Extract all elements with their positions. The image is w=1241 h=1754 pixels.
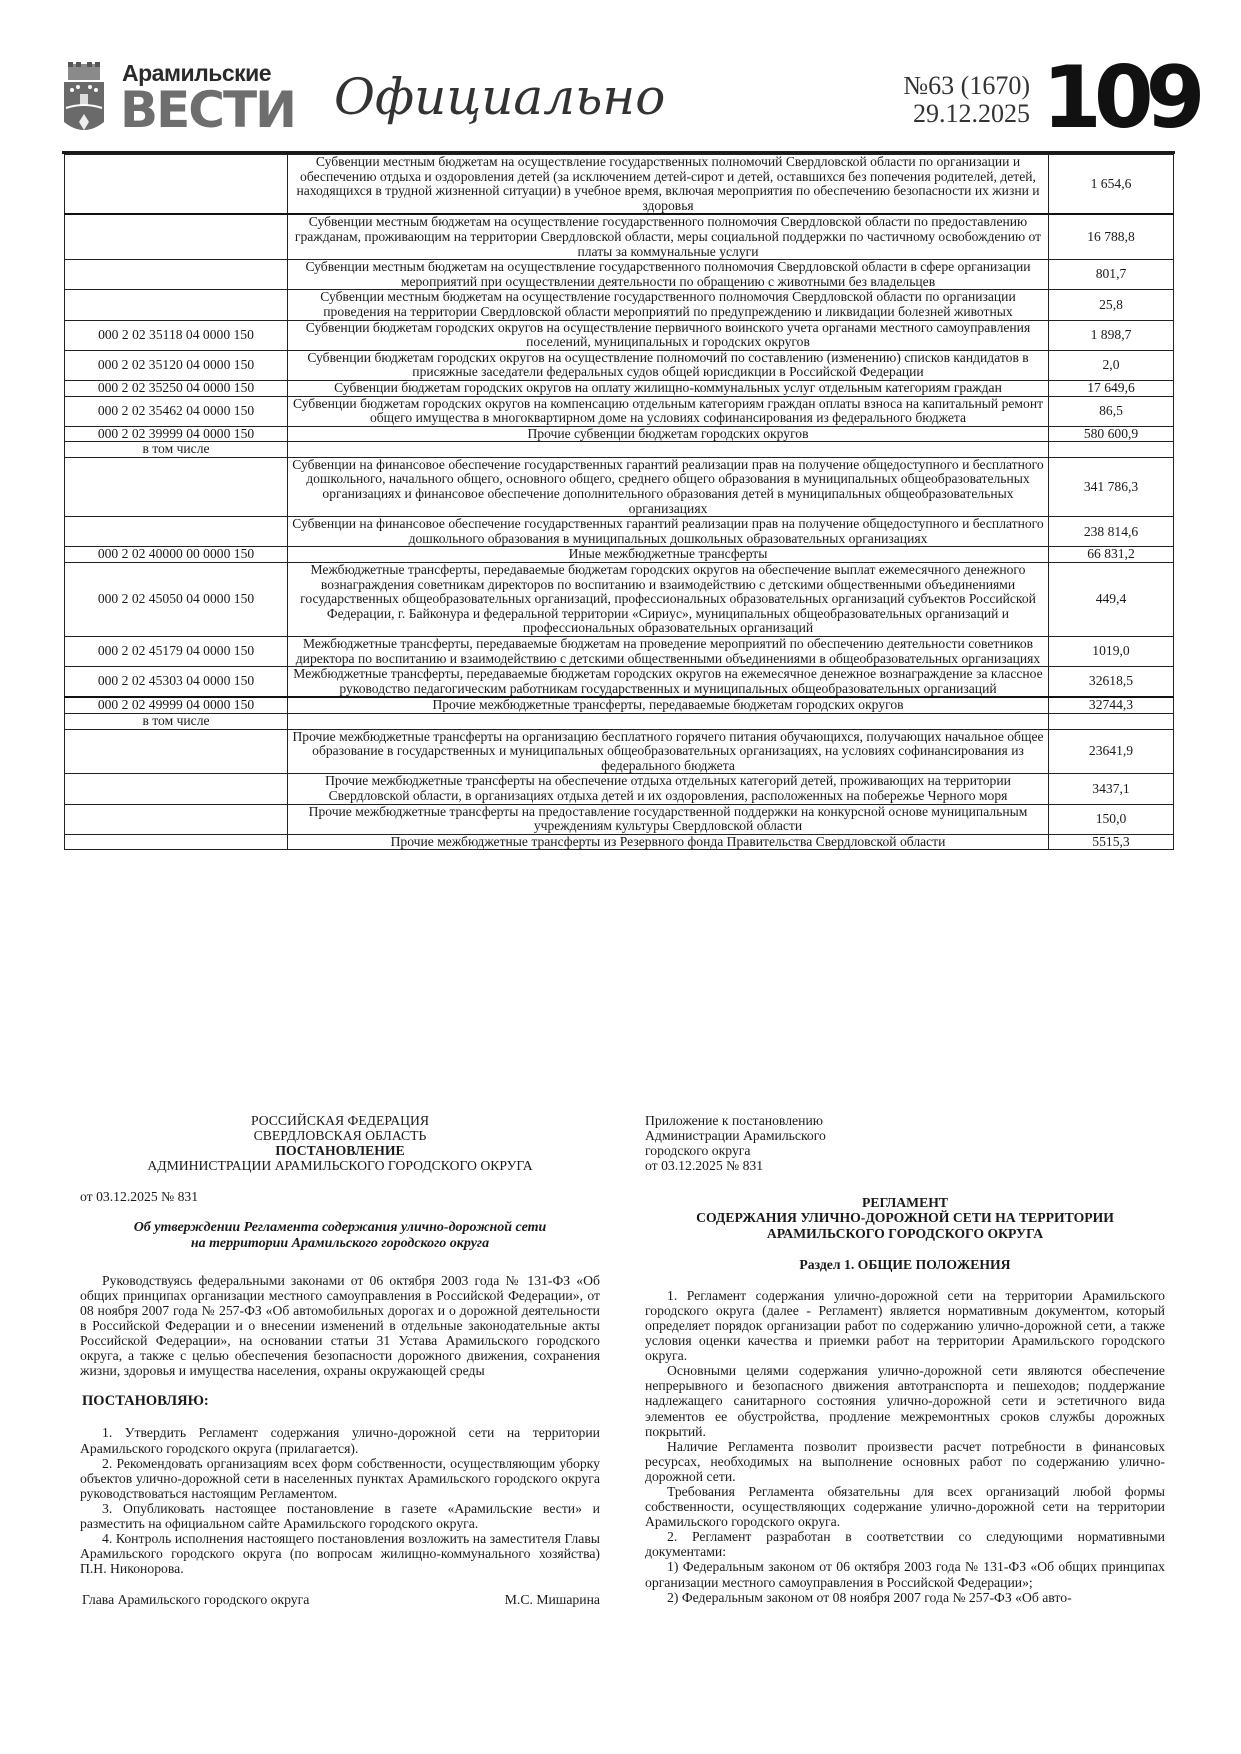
row-code — [65, 804, 288, 834]
appendix-paragraph: 1. Регламент содержания улично-дорожной … — [645, 1288, 1165, 1363]
masthead: Арамильские ВЕСТИ Официально №63 (1670) … — [62, 58, 1182, 150]
table-row: Субвенции местным бюджетам на осуществле… — [65, 214, 1174, 259]
appendix-paragraph: Требования Регламента обязательны для вс… — [645, 1484, 1165, 1529]
row-code — [65, 774, 288, 804]
row-value: 32618,5 — [1049, 667, 1174, 698]
row-code: 000 2 02 35118 04 0000 150 — [65, 320, 288, 350]
row-value: 341 786,3 — [1049, 457, 1174, 516]
row-value: 66 831,2 — [1049, 547, 1174, 563]
row-name: Прочие межбюджетные трансферты на предос… — [288, 804, 1049, 834]
decree-header-type: ПОСТАНОВЛЕНИЕ — [80, 1143, 600, 1158]
appendix-paragraph: 2. Регламент разработан в соответствии с… — [645, 1529, 1165, 1559]
issue-info: №63 (1670) 29.12.2025 — [880, 72, 1030, 128]
row-name — [288, 713, 1049, 729]
section-title: Официально — [334, 68, 665, 126]
row-value: 32744,3 — [1049, 697, 1174, 713]
decree-title-line: на территории Арамильского городского ок… — [80, 1236, 600, 1251]
decree-column: РОССИЙСКАЯ ФЕДЕРАЦИЯ СВЕРДЛОВСКАЯ ОБЛАСТ… — [80, 1113, 600, 1607]
row-name: Субвенции местным бюджетам на осуществле… — [288, 155, 1049, 215]
row-name: Субвенции бюджетам городских округов на … — [288, 380, 1049, 396]
decree-title-line: Об утверждении Регламента содержания ули… — [80, 1220, 600, 1235]
decree-date-number: от 03.12.2025 № 831 — [80, 1189, 600, 1204]
row-code: 000 2 02 39999 04 0000 150 — [65, 426, 288, 442]
table-row: Субвенции местным бюджетам на осуществле… — [65, 290, 1174, 320]
row-value: 1 654,6 — [1049, 155, 1174, 215]
decree-header: РОССИЙСКАЯ ФЕДЕРАЦИЯ СВЕРДЛОВСКАЯ ОБЛАСТ… — [80, 1113, 600, 1173]
row-code: 000 2 02 35120 04 0000 150 — [65, 350, 288, 380]
appendix-title-line: СОДЕРЖАНИЯ УЛИЧНО-ДОРОЖНОЙ СЕТИ НА ТЕРРИ… — [645, 1210, 1165, 1225]
row-value: 1 898,7 — [1049, 320, 1174, 350]
row-code — [65, 260, 288, 290]
appendix-title-line: АРАМИЛЬСКОГО ГОРОДСКОГО ОКРУГА — [645, 1226, 1165, 1241]
row-name: Субвенции местным бюджетам на осуществле… — [288, 290, 1049, 320]
row-code: 000 2 02 35462 04 0000 150 — [65, 396, 288, 426]
row-code — [65, 214, 288, 259]
appendix-section-heading: Раздел 1. ОБЩИЕ ПОЛОЖЕНИЯ — [645, 1257, 1165, 1272]
decree-header-country: РОССИЙСКАЯ ФЕДЕРАЦИЯ — [80, 1113, 600, 1128]
row-code — [65, 290, 288, 320]
appendix-paragraph: Основными целями содержания улично-дорож… — [645, 1363, 1165, 1438]
row-value: 150,0 — [1049, 804, 1174, 834]
row-name: Прочие субвенции бюджетам городских окру… — [288, 426, 1049, 442]
table-row: Субвенции местным бюджетам на осуществле… — [65, 155, 1174, 215]
row-code: в том числе — [65, 442, 288, 458]
row-value: 238 814,6 — [1049, 517, 1174, 547]
table-row: 000 2 02 45303 04 0000 150Межбюджетные т… — [65, 667, 1174, 698]
row-value: 449,4 — [1049, 563, 1174, 637]
row-value — [1049, 713, 1174, 729]
table-row: Субвенции на финансовое обеспечение госу… — [65, 517, 1174, 547]
row-code — [65, 155, 288, 215]
row-name: Субвенции бюджетам городских округов на … — [288, 396, 1049, 426]
decree-item: 2. Рекомендовать организациям всех форм … — [80, 1456, 600, 1501]
table-row: Субвенции на финансовое обеспечение госу… — [65, 457, 1174, 516]
issue-number: №63 (1670) — [880, 72, 1030, 100]
appendix-note: Приложение к постановлению Администрации… — [645, 1113, 1165, 1173]
row-name: Прочие межбюджетные трансферты на обеспе… — [288, 774, 1049, 804]
table-row: 000 2 02 49999 04 0000 150Прочие межбюдж… — [65, 697, 1174, 713]
row-name: Межбюджетные трансферты, передаваемые бю… — [288, 637, 1049, 667]
row-name: Субвенции на финансовое обеспечение госу… — [288, 517, 1049, 547]
table-row: в том числе — [65, 713, 1174, 729]
row-value: 5515,3 — [1049, 834, 1174, 850]
row-code: 000 2 02 35250 04 0000 150 — [65, 380, 288, 396]
row-value: 23641,9 — [1049, 729, 1174, 774]
row-name: Субвенции на финансовое обеспечение госу… — [288, 457, 1049, 516]
table-row: 000 2 02 39999 04 0000 150Прочие субвенц… — [65, 426, 1174, 442]
row-code — [65, 517, 288, 547]
row-code: 000 2 02 45303 04 0000 150 — [65, 667, 288, 698]
decree-title: Об утверждении Регламента содержания ули… — [80, 1220, 600, 1250]
row-name: Субвенции бюджетам городских округов на … — [288, 320, 1049, 350]
appendix-title-line: РЕГЛАМЕНТ — [645, 1195, 1165, 1210]
table-row: Прочие межбюджетные трансферты на обеспе… — [65, 774, 1174, 804]
table-row: 000 2 02 35120 04 0000 150Субвенции бюдж… — [65, 350, 1174, 380]
table-row: 000 2 02 35118 04 0000 150Субвенции бюдж… — [65, 320, 1174, 350]
appendix-paragraph: 1) Федеральным законом от 06 октября 200… — [645, 1559, 1165, 1589]
signature-position: Глава Арамильского городского округа — [82, 1592, 309, 1607]
row-value — [1049, 442, 1174, 458]
appendix-paragraph: Наличие Регламента позволит произвести р… — [645, 1439, 1165, 1484]
appendix-note-line: от 03.12.2025 № 831 — [645, 1158, 1165, 1173]
decree-header-region: СВЕРДЛОВСКАЯ ОБЛАСТЬ — [80, 1128, 600, 1143]
row-name: Прочие межбюджетные трансферты, передава… — [288, 697, 1049, 713]
row-name: Иные межбюджетные трансферты — [288, 547, 1049, 563]
row-value: 86,5 — [1049, 396, 1174, 426]
table-row: 000 2 02 40000 00 0000 150Иные межбюджет… — [65, 547, 1174, 563]
table-row: 000 2 02 45050 04 0000 150Межбюджетные т… — [65, 563, 1174, 637]
issue-date: 29.12.2025 — [880, 100, 1030, 128]
decree-preamble: Руководствуясь федеральными законами от … — [80, 1273, 600, 1379]
row-value: 25,8 — [1049, 290, 1174, 320]
table-row: Прочие межбюджетные трансферты на органи… — [65, 729, 1174, 774]
appendix-title: РЕГЛАМЕНТ СОДЕРЖАНИЯ УЛИЧНО-ДОРОЖНОЙ СЕТ… — [645, 1195, 1165, 1240]
appendix-note-line: Администрации Арамильского — [645, 1128, 1165, 1143]
row-name: Субвенции местным бюджетам на осуществле… — [288, 260, 1049, 290]
row-name: Субвенции местным бюджетам на осуществле… — [288, 214, 1049, 259]
decree-header-authority: АДМИНИСТРАЦИИ АРАМИЛЬСКОГО ГОРОДСКОГО ОК… — [80, 1158, 600, 1173]
appendix-note-line: городского округа — [645, 1143, 1165, 1158]
row-code: 000 2 02 45179 04 0000 150 — [65, 637, 288, 667]
brand-name-main: ВЕСТИ — [120, 80, 295, 140]
table-row: Субвенции местным бюджетам на осуществле… — [65, 260, 1174, 290]
appendix-note-line: Приложение к постановлению — [645, 1113, 1165, 1128]
row-value: 17 649,6 — [1049, 380, 1174, 396]
decree-signature: Глава Арамильского городского округа М.С… — [80, 1592, 600, 1607]
table-row: Прочие межбюджетные трансферты на предос… — [65, 804, 1174, 834]
coat-of-arms-icon — [62, 62, 106, 138]
row-code: 000 2 02 45050 04 0000 150 — [65, 563, 288, 637]
row-name: Межбюджетные трансферты, передаваемые бю… — [288, 563, 1049, 637]
row-name: Субвенции бюджетам городских округов на … — [288, 350, 1049, 380]
row-code: 000 2 02 49999 04 0000 150 — [65, 697, 288, 713]
row-code — [65, 457, 288, 516]
page-number: 109 — [1042, 48, 1198, 148]
row-value: 801,7 — [1049, 260, 1174, 290]
row-code — [65, 834, 288, 850]
row-value: 16 788,8 — [1049, 214, 1174, 259]
table-row: 000 2 02 35462 04 0000 150Субвенции бюдж… — [65, 396, 1174, 426]
table-row: 000 2 02 35250 04 0000 150Субвенции бюдж… — [65, 380, 1174, 396]
row-name: Межбюджетные трансферты, передаваемые бю… — [288, 667, 1049, 698]
row-name — [288, 442, 1049, 458]
appendix-paragraph: 2) Федеральным законом от 08 ноября 2007… — [645, 1590, 1165, 1605]
signature-name: М.С. Мишарина — [505, 1592, 600, 1607]
table-row: Прочие межбюджетные трансферты из Резерв… — [65, 834, 1174, 850]
decree-resolve: ПОСТАНОВЛЯЮ: — [80, 1394, 600, 1409]
row-code — [65, 729, 288, 774]
row-value: 3437,1 — [1049, 774, 1174, 804]
row-value: 2,0 — [1049, 350, 1174, 380]
decree-item: 1. Утвердить Регламент содержания улично… — [80, 1425, 600, 1455]
row-code: 000 2 02 40000 00 0000 150 — [65, 547, 288, 563]
row-value: 580 600,9 — [1049, 426, 1174, 442]
row-code: в том числе — [65, 713, 288, 729]
table-row: 000 2 02 45179 04 0000 150Межбюджетные т… — [65, 637, 1174, 667]
table-row: в том числе — [65, 442, 1174, 458]
row-value: 1019,0 — [1049, 637, 1174, 667]
decree-item: 4. Контроль исполнения настоящего постан… — [80, 1531, 600, 1576]
row-name: Прочие межбюджетные трансферты на органи… — [288, 729, 1049, 774]
appendix-column: Приложение к постановлению Администрации… — [645, 1113, 1165, 1605]
row-name: Прочие межбюджетные трансферты из Резерв… — [288, 834, 1049, 850]
decree-item: 3. Опубликовать настоящее постановление … — [80, 1501, 600, 1531]
budget-table: Субвенции местным бюджетам на осуществле… — [64, 154, 1174, 850]
